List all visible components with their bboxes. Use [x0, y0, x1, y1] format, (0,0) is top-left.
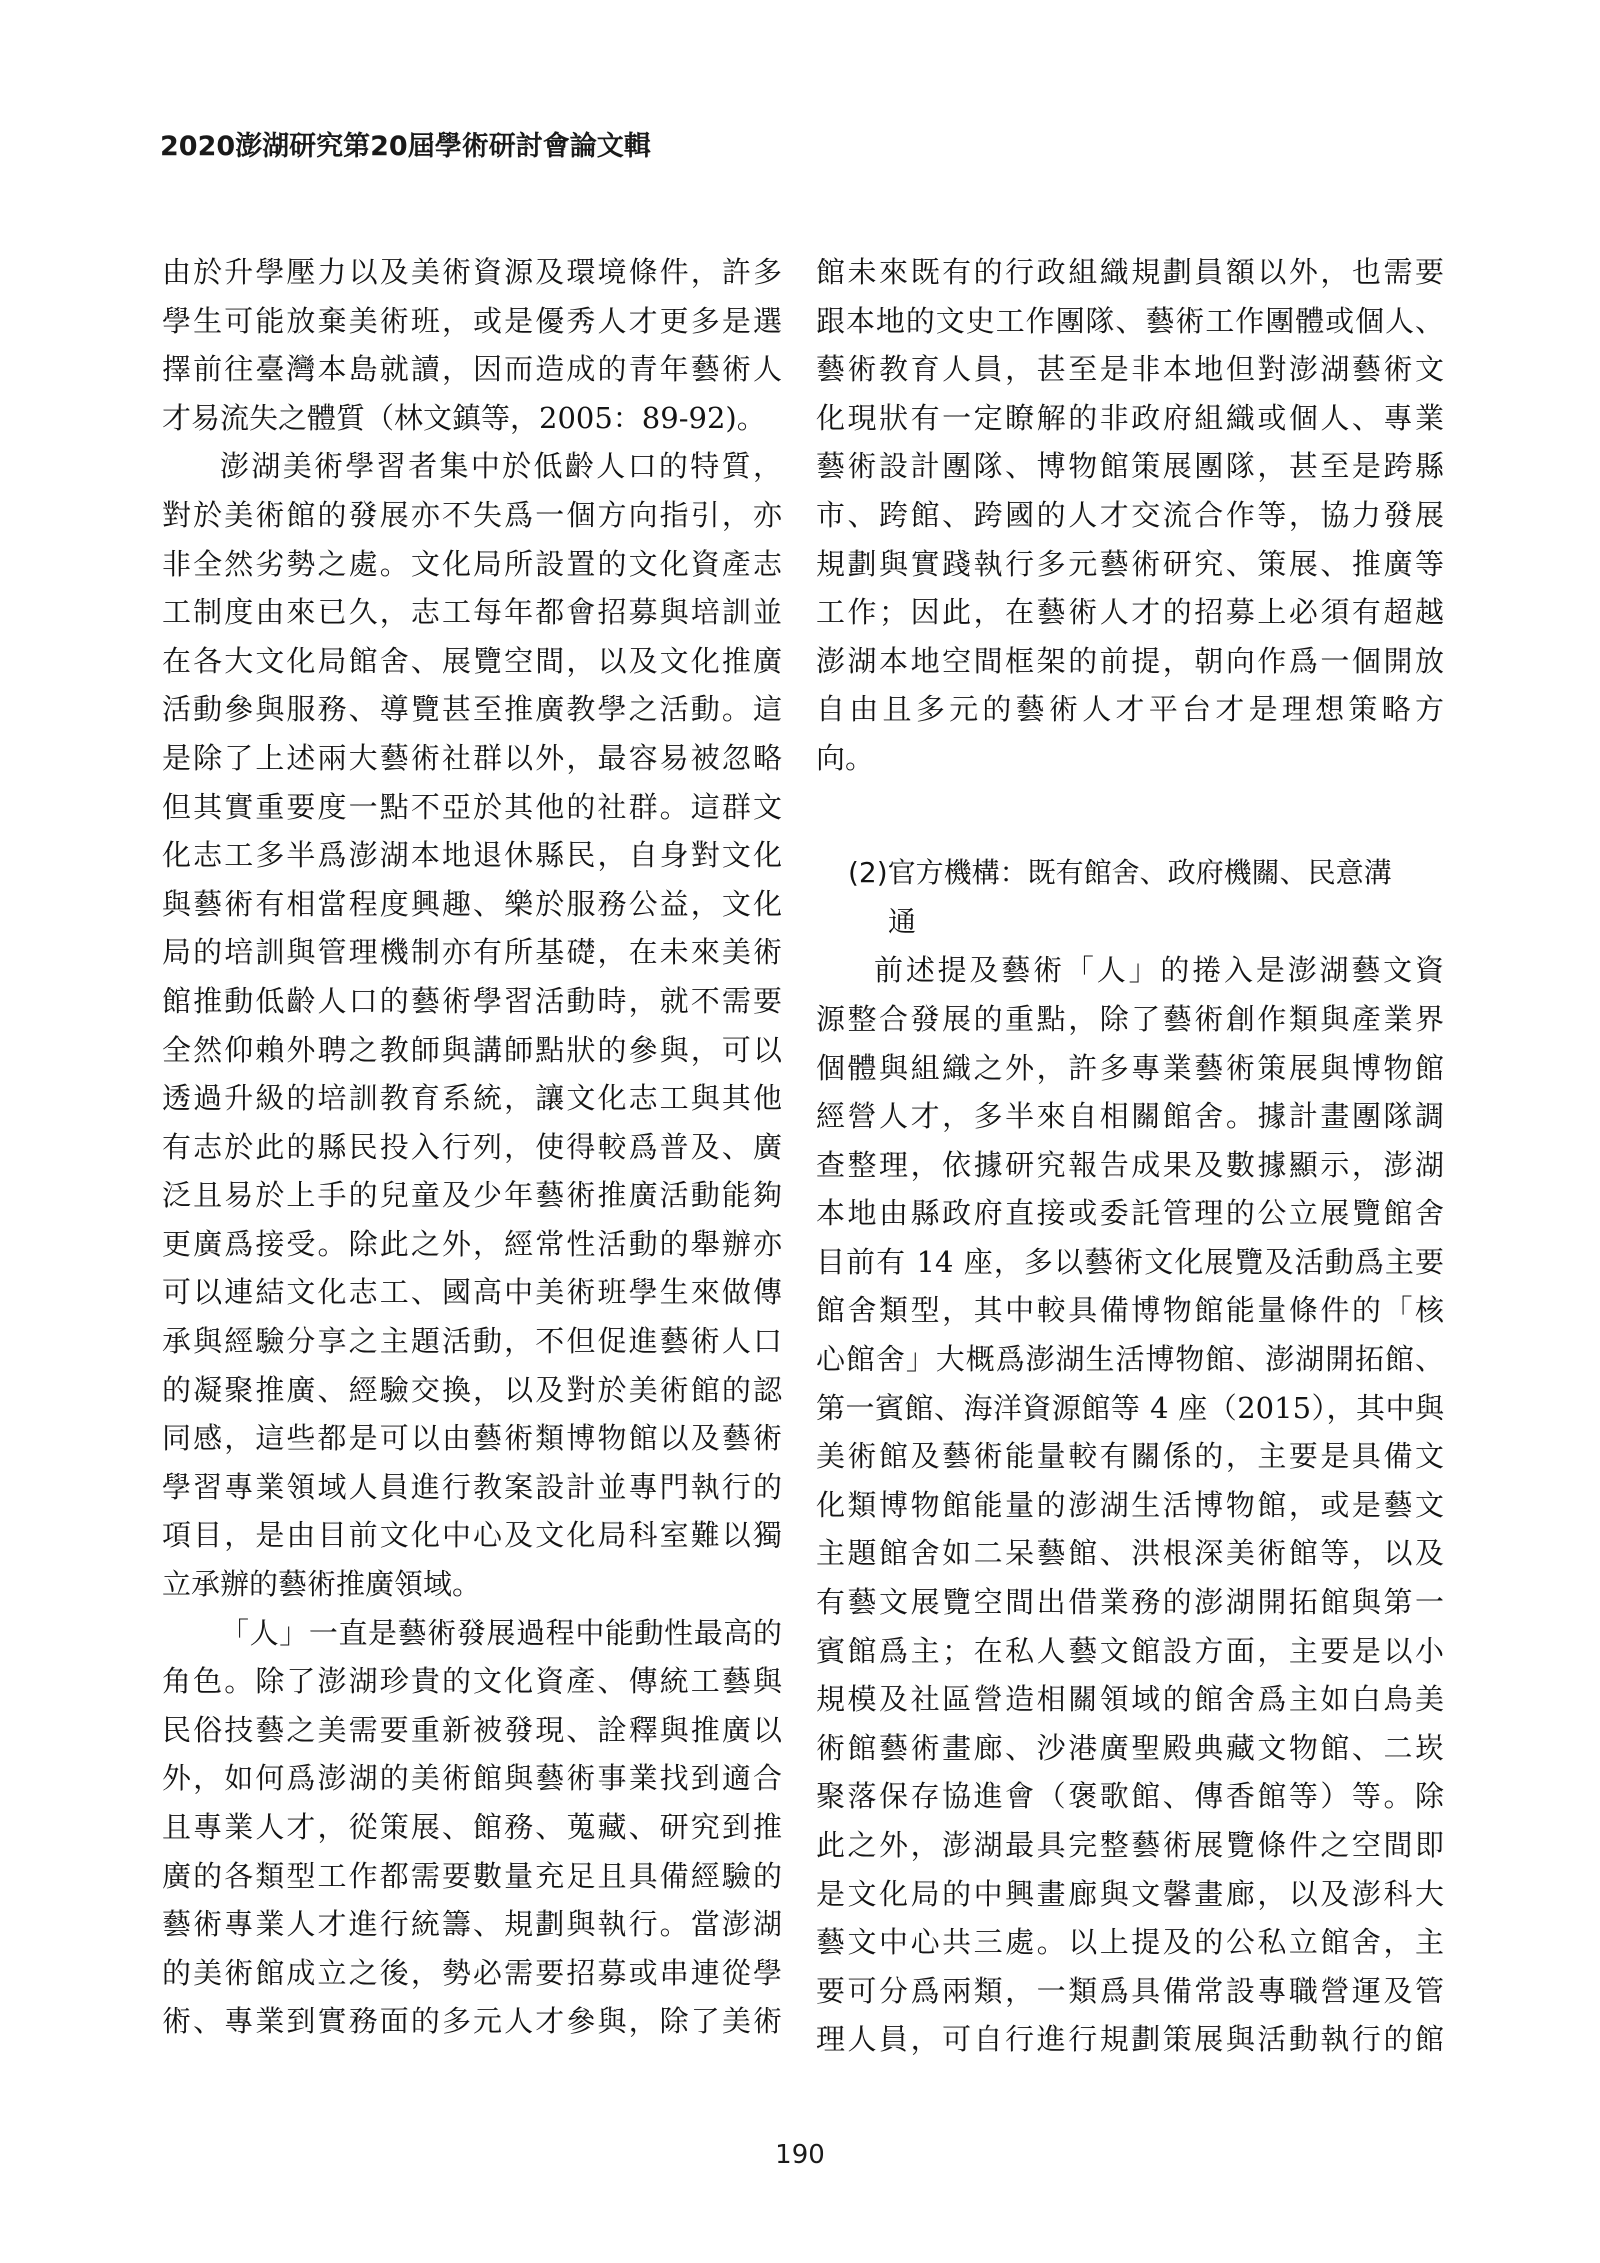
running-header-title: 2020澎湖研究第20屆學術研討會論文輯 — [160, 124, 651, 163]
text-line: 在各大文化局館舍、展覽空間，以及文化推廣 — [162, 637, 782, 686]
text-line: 可以連結文化志工、國高中美術班學生來做傳 — [162, 1268, 782, 1317]
text-line: 心館舍」大概爲澎湖生活博物館、澎湖開拓館、 — [816, 1335, 1444, 1384]
text-line: 有志於此的縣民投入行列，使得較爲普及、廣 — [162, 1123, 782, 1172]
text-line: 與藝術有相當程度興趣、樂於服務公益，文化 — [162, 880, 782, 929]
section-heading: (2)官方機構：既有館舍、政府機關、民意溝 — [816, 849, 1444, 898]
text-line: 藝術專業人才進行統籌、規劃與執行。當澎湖 — [162, 1900, 782, 1949]
text-line: 藝文中心共三處。以上提及的公私立館舍，主 — [816, 1918, 1444, 1967]
text-line: 民俗技藝之美需要重新被發現、詮釋與推廣以 — [162, 1706, 782, 1755]
text-line: 源整合發展的重點，除了藝術創作類與產業界 — [816, 995, 1444, 1044]
text-line: 外，如何爲澎湖的美術館與藝術事業找到適合 — [162, 1754, 782, 1803]
text-line: 才易流失之體質（林文鎮等，2005：89-92)。 — [162, 394, 782, 443]
text-line: 館未來既有的行政組織規劃員額以外，也需要 — [816, 248, 1444, 297]
text-line: 是文化局的中興畫廊與文馨畫廊，以及澎科大 — [816, 1870, 1444, 1919]
text-line: 查整理，依據研究報告成果及數據顯示，澎湖 — [816, 1141, 1444, 1190]
text-line: 術、專業到實務面的多元人才參與，除了美術 — [162, 1997, 782, 2046]
text-line: 對於美術館的發展亦不失爲一個方向指引，亦 — [162, 491, 782, 540]
text-line: 工作；因此，在藝術人才的招募上必須有超越 — [816, 588, 1444, 637]
text-line: 賓館爲主；在私人藝文館設方面，主要是以小 — [816, 1627, 1444, 1676]
text-line: 個體與組織之外，許多專業藝術策展與博物館 — [816, 1044, 1444, 1093]
text-line: 藝術設計團隊、博物館策展團隊，甚至是跨縣 — [816, 442, 1444, 491]
section-heading-continuation: 通 — [816, 898, 1444, 947]
text-line: 化志工多半爲澎湖本地退休縣民，自身對文化 — [162, 831, 782, 880]
paragraph-first-line: 前述提及藝術「人」的捲入是澎湖藝文資 — [816, 946, 1444, 995]
text-line: 擇前往臺灣本島就讀，因而造成的青年藝術人 — [162, 345, 782, 394]
text-line: 局的培訓與管理機制亦有所基礎，在未來美術 — [162, 928, 782, 977]
text-line: 有藝文展覽空間出借業務的澎湖開拓館與第一 — [816, 1578, 1444, 1627]
text-line: 自由且多元的藝術人才平台才是理想策略方 — [816, 685, 1444, 734]
text-line: 但其實重要度一點不亞於其他的社群。這群文 — [162, 783, 782, 832]
text-line: 非全然劣勢之處。文化局所設置的文化資產志 — [162, 540, 782, 589]
text-line: 更廣爲接受。除此之外，經常性活動的舉辦亦 — [162, 1220, 782, 1269]
text-line: 此之外，澎湖最具完整藝術展覽條件之空間即 — [816, 1821, 1444, 1870]
paragraph-spacer — [816, 783, 1444, 832]
text-line: 同感，這些都是可以由藝術類博物館以及藝術 — [162, 1414, 782, 1463]
text-line: 泛且易於上手的兒童及少年藝術推廣活動能夠 — [162, 1171, 782, 1220]
page-number: 190 — [0, 2140, 1600, 2170]
text-line: 承與經驗分享之主題活動，不但促進藝術人口 — [162, 1317, 782, 1366]
text-line: 全然仰賴外聘之教師與講師點狀的參與，可以 — [162, 1026, 782, 1075]
text-line: 澎湖本地空間框架的前提，朝向作爲一個開放 — [816, 637, 1444, 686]
paragraph-first-line: 「人」一直是藝術發展過程中能動性最高的 — [162, 1609, 782, 1658]
paragraph-spacer — [816, 831, 1444, 849]
text-line: 學習專業領域人員進行教案設計並專門執行的 — [162, 1463, 782, 1512]
text-line: 美術館及藝術能量較有關係的，主要是具備文 — [816, 1432, 1444, 1481]
text-line: 規模及社區營造相關領域的館舍爲主如白鳥美 — [816, 1675, 1444, 1724]
text-line: 藝術教育人員，甚至是非本地但對澎湖藝術文 — [816, 345, 1444, 394]
text-line: 項目，是由目前文化中心及文化局科室難以獨 — [162, 1511, 782, 1560]
text-line: 化類博物館能量的澎湖生活博物館，或是藝文 — [816, 1481, 1444, 1530]
text-line: 館推動低齡人口的藝術學習活動時，就不需要 — [162, 977, 782, 1026]
text-line: 規劃與實踐執行多元藝術研究、策展、推廣等 — [816, 540, 1444, 589]
text-line: 的美術館成立之後，勢必需要招募或串連從學 — [162, 1949, 782, 1998]
text-line: 主題館舍如二呆藝館、洪根深美術館等，以及 — [816, 1529, 1444, 1578]
text-line: 理人員，可自行進行規劃策展與活動執行的館 — [816, 2015, 1444, 2064]
text-line: 是除了上述兩大藝術社群以外，最容易被忽略 — [162, 734, 782, 783]
left-text-column: 由於升學壓力以及美術資源及環境條件，許多 學生可能放棄美術班，或是優秀人才更多是… — [162, 248, 782, 2046]
text-line: 跟本地的文史工作團隊、藝術工作團體或個人、 — [816, 297, 1444, 346]
text-line: 由於升學壓力以及美術資源及環境條件，許多 — [162, 248, 782, 297]
text-line: 的凝聚推廣、經驗交換，以及對於美術館的認 — [162, 1366, 782, 1415]
paragraph-first-line: 澎湖美術學習者集中於低齡人口的特質， — [162, 442, 782, 491]
right-text-column: 館未來既有的行政組織規劃員額以外，也需要 跟本地的文史工作團隊、藝術工作團體或個… — [816, 248, 1444, 2064]
text-line: 向。 — [816, 734, 1444, 783]
text-line: 第一賓館、海洋資源館等 4 座（2015），其中與 — [816, 1384, 1444, 1433]
text-line: 化現狀有一定瞭解的非政府組織或個人、專業 — [816, 394, 1444, 443]
text-line: 透過升級的培訓教育系統，讓文化志工與其他 — [162, 1074, 782, 1123]
text-line: 且專業人才，從策展、館務、蒐藏、研究到推 — [162, 1803, 782, 1852]
text-line: 立承辦的藝術推廣領域。 — [162, 1560, 782, 1609]
text-line: 學生可能放棄美術班，或是優秀人才更多是選 — [162, 297, 782, 346]
text-line: 市、跨館、跨國的人才交流合作等，協力發展 — [816, 491, 1444, 540]
text-line: 活動參與服務、導覽甚至推廣教學之活動。這 — [162, 685, 782, 734]
text-line: 術館藝術畫廊、沙港廣聖殿典藏文物館、二崁 — [816, 1724, 1444, 1773]
text-line: 要可分爲兩類，一類爲具備常設專職營運及管 — [816, 1967, 1444, 2016]
text-line: 廣的各類型工作都需要數量充足且具備經驗的 — [162, 1852, 782, 1901]
text-line: 工制度由來已久，志工每年都會招募與培訓並 — [162, 588, 782, 637]
text-line: 目前有 14 座，多以藝術文化展覽及活動爲主要 — [816, 1238, 1444, 1287]
text-line: 館舍類型，其中較具備博物館能量條件的「核 — [816, 1286, 1444, 1335]
text-line: 本地由縣政府直接或委託管理的公立展覽館舍 — [816, 1189, 1444, 1238]
text-line: 聚落保存協進會（褒歌館、傳香館等）等。除 — [816, 1772, 1444, 1821]
text-line: 角色。除了澎湖珍貴的文化資產、傳統工藝與 — [162, 1657, 782, 1706]
text-line: 經營人才，多半來自相關館舍。據計畫團隊調 — [816, 1092, 1444, 1141]
